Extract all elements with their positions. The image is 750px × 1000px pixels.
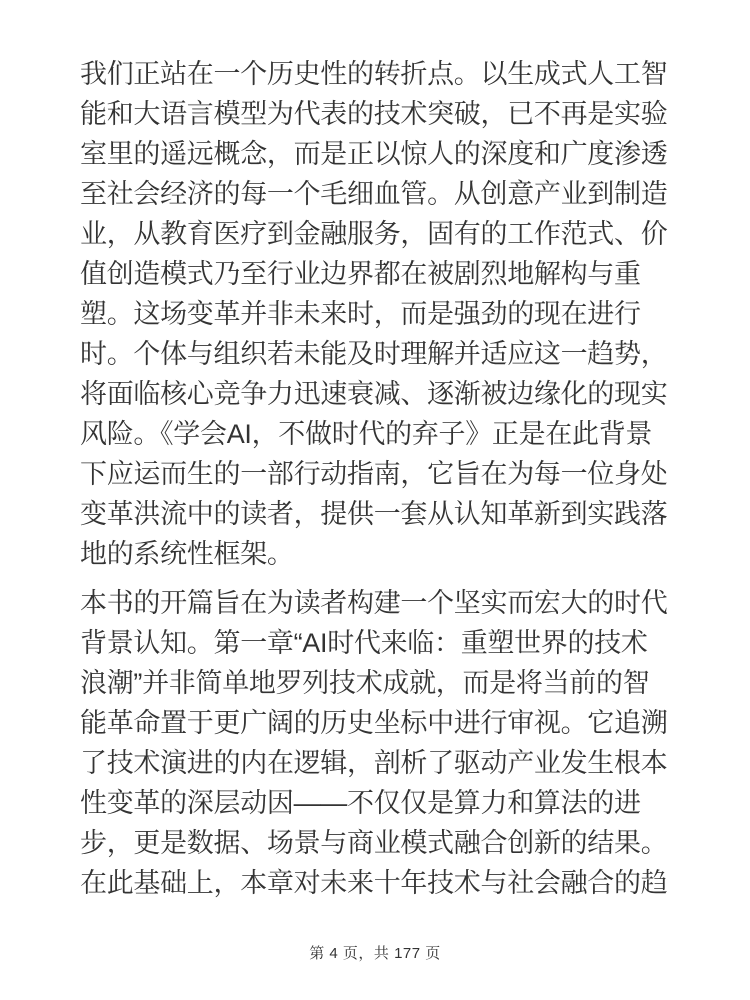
text-line: 业，从教育医疗到金融服务，固有的工作范式、价 xyxy=(80,214,680,254)
text-line: 下应运而生的一部行动指南，它旨在为每一位身处 xyxy=(80,454,680,494)
page-indicator: 第 4 页，共 177 页 xyxy=(309,945,441,962)
text-line: 浪潮”并非简单地罗列技术成就，而是将当前的智 xyxy=(80,663,680,703)
paragraph: 我们正站在一个历史性的转折点。以生成式人工智 能和大语言模型为代表的技术突破，已… xyxy=(80,54,680,574)
text-line: 值创造模式乃至行业边界都在被剧烈地解构与重 xyxy=(80,254,680,294)
text-line: 将面临核心竞争力迅速衰减、逐渐被边缘化的现实 xyxy=(80,374,680,414)
text-line: 我们正站在一个历史性的转折点。以生成式人工智 xyxy=(80,54,680,94)
text-line: 背景认知。第一章“AI时代来临：重塑世界的技术 xyxy=(80,623,680,663)
text-line: 了技术演进的内在逻辑，剖析了驱动产业发生根本 xyxy=(80,743,680,783)
text-line: 能革命置于更广阔的历史坐标中进行审视。它追溯 xyxy=(80,703,680,743)
page-footer: 第 4 页，共 177 页 xyxy=(0,944,750,964)
text-line: 变革洪流中的读者，提供一套从认知革新到实践落 xyxy=(80,494,680,534)
text-line: 本书的开篇旨在为读者构建一个坚实而宏大的时代 xyxy=(80,583,680,623)
text-line: 室里的遥远概念，而是正以惊人的深度和广度渗透 xyxy=(80,134,680,174)
page-content: 我们正站在一个历史性的转折点。以生成式人工智 能和大语言模型为代表的技术突破，已… xyxy=(80,54,680,912)
text-line: 至社会经济的每一个毛细血管。从创意产业到制造 xyxy=(80,174,680,214)
document-page: 我们正站在一个历史性的转折点。以生成式人工智 能和大语言模型为代表的技术突破，已… xyxy=(0,0,750,1000)
text-line: 在此基础上，本章对未来十年技术与社会融合的趋 xyxy=(80,863,680,903)
text-line: 步，更是数据、场景与商业模式融合创新的结果。 xyxy=(80,823,680,863)
text-line: 塑。这场变革并非未来时，而是强劲的现在进行 xyxy=(80,294,680,334)
text-line: 性变革的深层动因——不仅仅是算力和算法的进 xyxy=(80,783,680,823)
text-line: 时。个体与组织若未能及时理解并适应这一趋势， xyxy=(80,334,680,374)
text-line: 能和大语言模型为代表的技术突破，已不再是实验 xyxy=(80,94,680,134)
text-line: 地的系统性框架。 xyxy=(80,534,680,574)
paragraph: 本书的开篇旨在为读者构建一个坚实而宏大的时代 背景认知。第一章“AI时代来临：重… xyxy=(80,583,680,903)
text-line: 风险。《学会AI，不做时代的弃子》正是在此背景 xyxy=(80,414,680,454)
